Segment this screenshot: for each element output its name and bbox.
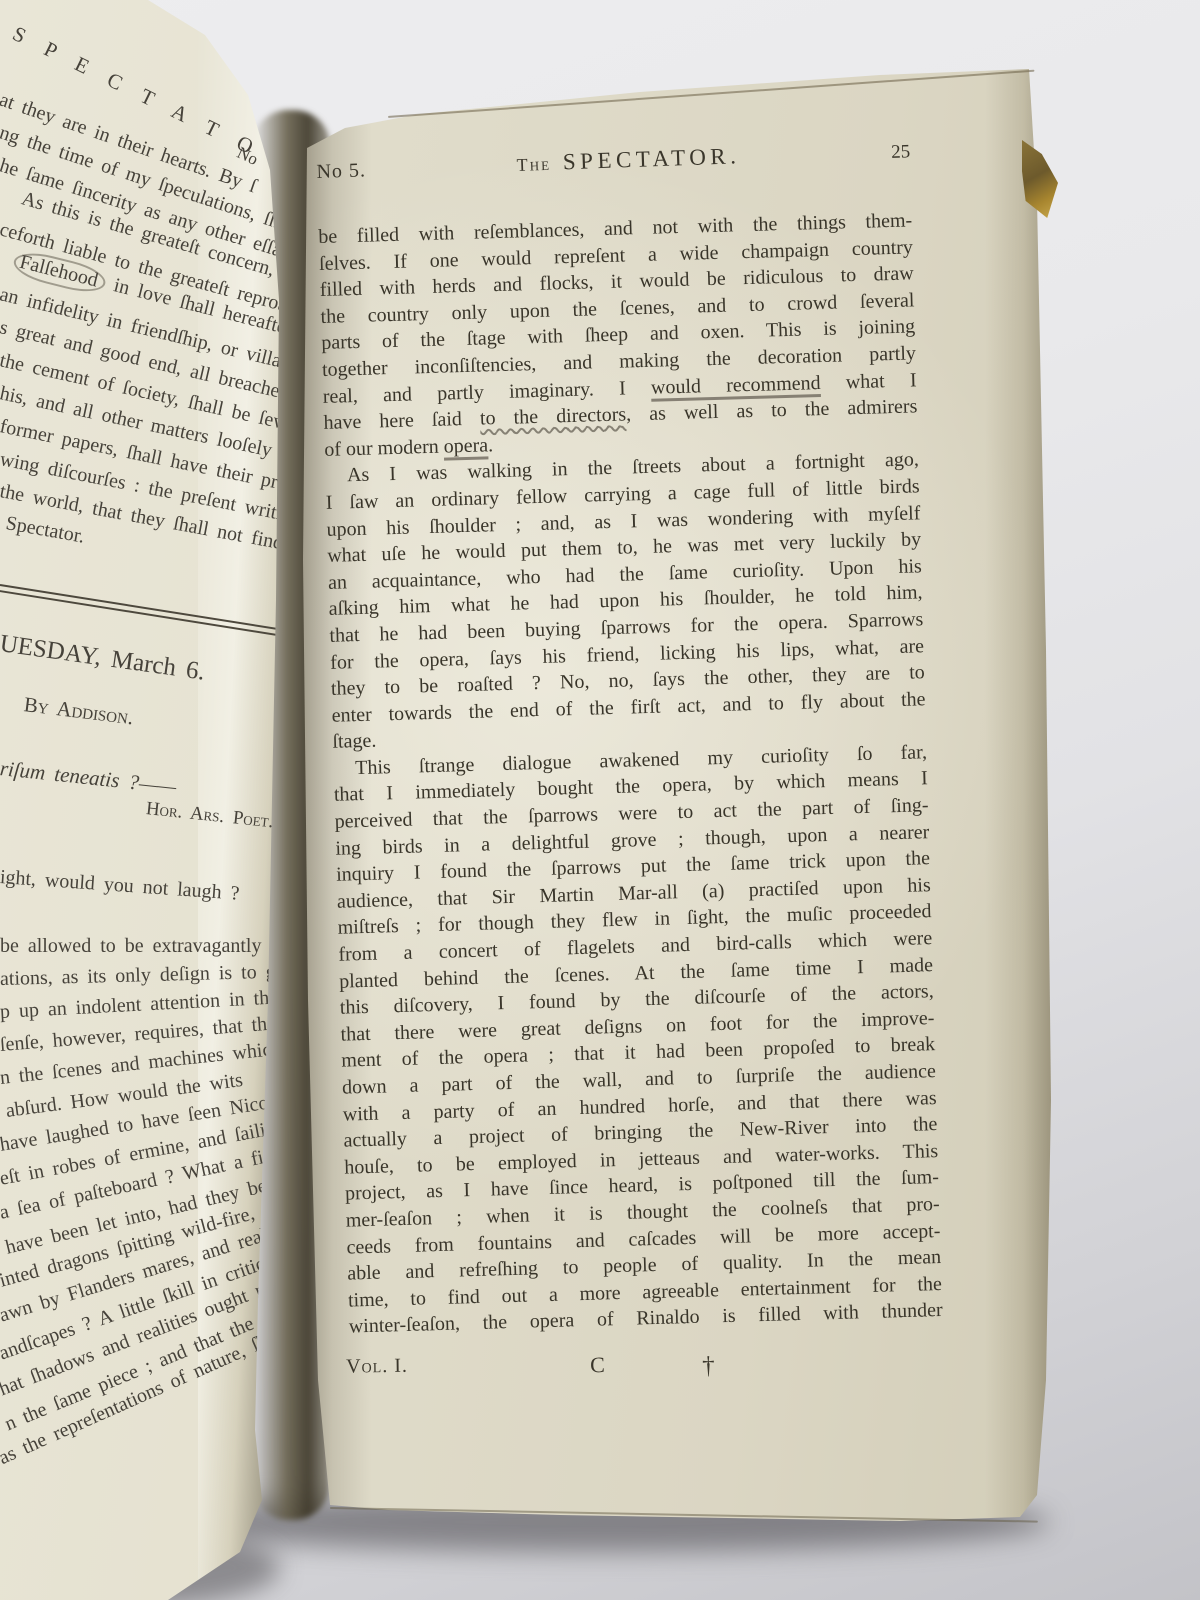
left-page-text-line: UESDAY, March 6.	[0, 630, 207, 686]
page-footer: Vol. I. C †	[318, 1348, 913, 1406]
left-page-text-line: By Addison.	[22, 692, 134, 730]
left-page-text-line: be allowed to be extravagantly la	[0, 935, 285, 958]
page-body-text: be filled with reſemblances, and not wit…	[318, 207, 943, 1340]
left-page-text-line: riſum teneatis ?——	[0, 756, 178, 799]
book-photo: S P E C T A T O R.Noat they are in their…	[0, 0, 1200, 1600]
volume-label: Vol. I.	[346, 1355, 408, 1379]
pencil-underline-mark: would recommend	[651, 372, 821, 399]
page-title-the: The	[516, 154, 551, 175]
page-header: No 5. The SPECTATOR. 25	[316, 137, 911, 184]
page-number: 25	[891, 141, 911, 164]
pencil-underline-mark: to the directors	[480, 404, 627, 430]
page-title-main: SPECTATOR.	[562, 143, 740, 174]
pencil-underline-mark: opera	[443, 434, 488, 457]
issue-number: No 5.	[316, 159, 366, 184]
dagger-mark: †	[702, 1352, 715, 1380]
page-title: The SPECTATOR.	[516, 143, 741, 177]
signature-mark: C	[590, 1352, 605, 1378]
left-page-text-line: Spectator.	[4, 512, 86, 548]
